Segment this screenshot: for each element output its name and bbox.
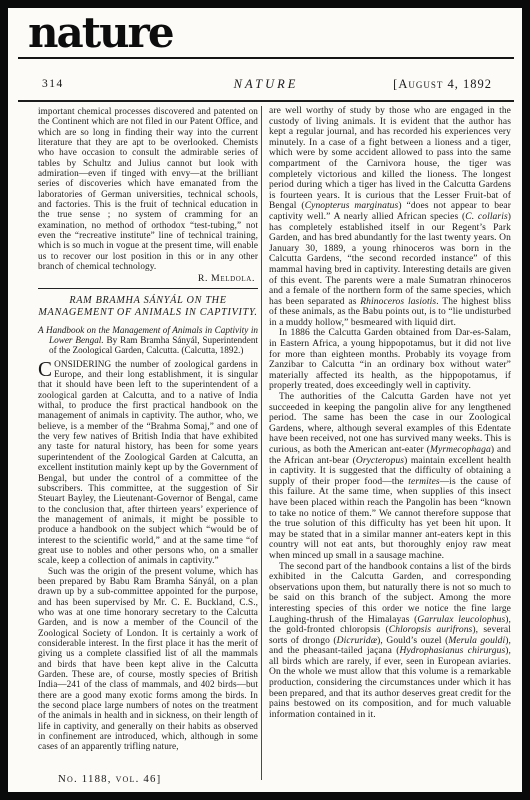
right-column: are well worthy of study by those who ar…	[269, 106, 511, 786]
left-column: important chemical processes discovered …	[38, 106, 258, 786]
review-paragraph-1-text: the number of zoological gardens in Euro…	[38, 359, 258, 566]
scanned-journal-screenshot: { "theme": { "frame_color": "#0a0a0a", "…	[0, 0, 530, 800]
opening-word: ONSIDERING	[54, 359, 111, 369]
journal-page: nature 314 NATURE [August 4, 1892 import…	[8, 8, 522, 792]
issue-date: [August 4, 1892	[393, 77, 492, 92]
running-header: 314 NATURE [August 4, 1892	[18, 77, 514, 93]
right-column-paragraph-2: In 1886 the Calcutta Garden obtained fro…	[269, 328, 511, 392]
section-divider-rule	[38, 288, 258, 289]
review-article-title: RAM BRAMHA SÁNYÁL ON THE MANAGEMENT OF A…	[38, 295, 258, 320]
issue-footer: No. 1188, vol. 46]	[58, 773, 161, 785]
drop-cap: C	[38, 359, 54, 379]
review-paragraph-2: Such was the origin of the present volum…	[38, 566, 258, 752]
two-column-text-block: important chemical processes discovered …	[18, 106, 514, 786]
nature-logo: nature	[28, 14, 173, 52]
right-column-paragraph-4: The second part of the handbook contains…	[269, 562, 511, 721]
masthead-rule	[18, 57, 514, 59]
chemistry-article-paragraph: important chemical processes discovered …	[38, 106, 258, 272]
book-citation: A Handbook on the Management of Animals …	[38, 325, 258, 356]
author-signature: R. Meldola.	[38, 273, 258, 284]
review-paragraph-1: CONSIDERING the number of zoological gar…	[38, 359, 258, 566]
column-divider-rule	[261, 106, 262, 780]
header-rule	[18, 100, 514, 102]
right-column-paragraph-1: are well worthy of study by those who ar…	[269, 106, 511, 328]
right-column-paragraph-3: The authorities of the Calcutta Garden h…	[269, 392, 511, 562]
